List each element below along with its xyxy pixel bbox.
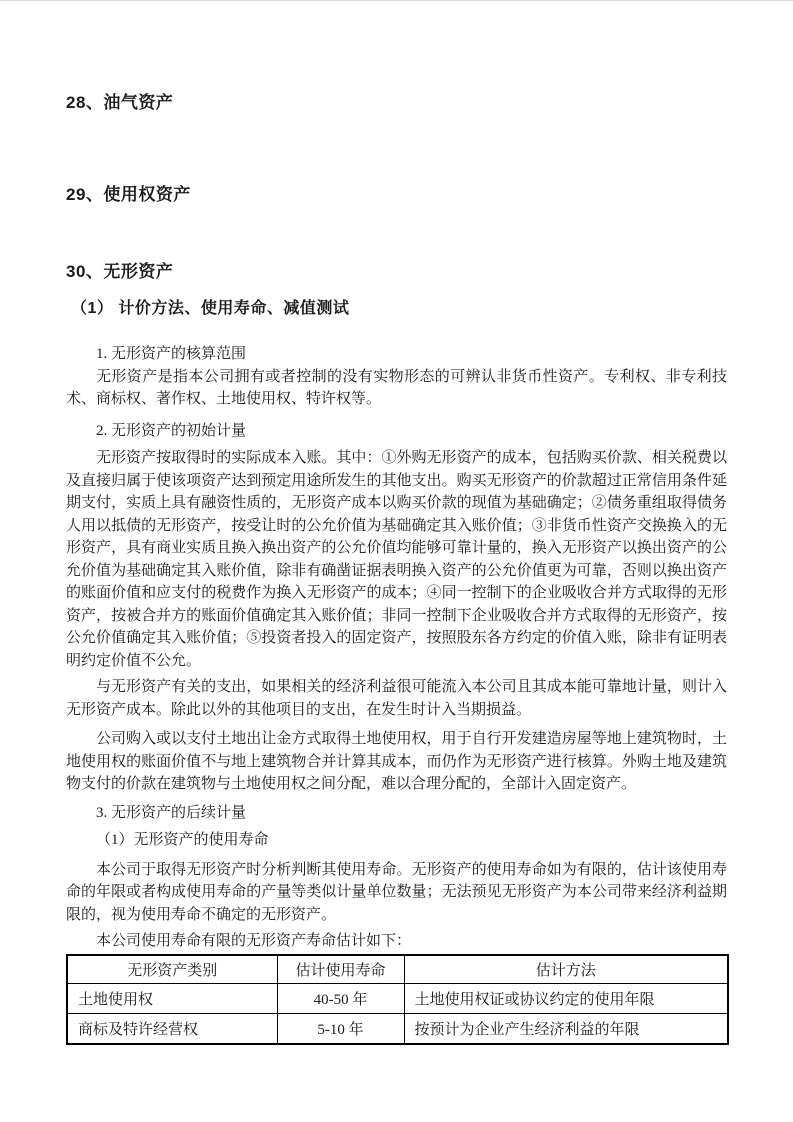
useful-life-estimation-table: 无形资产类别 估计使用寿命 估计方法 土地使用权 40-50 年 土地使用权证或… xyxy=(66,954,729,1045)
body-paragraph-initial-measurement: 无形资产按取得时的实际成本入账。其中：①外购无形资产的成本，包括购买价款、相关税… xyxy=(66,447,727,672)
list-item-accounting-scope: 1. 无形资产的核算范围 xyxy=(66,343,727,366)
table-header-category: 无形资产类别 xyxy=(67,955,277,984)
table-row: 土地使用权 40-50 年 土地使用权证或协议约定的使用年限 xyxy=(67,984,728,1014)
body-paragraph-useful-life-judgement: 本公司于取得无形资产时分析判断其使用寿命。无形资产的使用寿命如为有限的，估计该使… xyxy=(66,859,727,927)
table-cell-estimation-method: 土地使用权证或协议约定的使用年限 xyxy=(404,984,728,1014)
table-cell-estimation-method: 按预计为企业产生经济利益的年限 xyxy=(404,1014,728,1044)
page-content: 28、油气资产 29、使用权资产 30、无形资产 （1） 计价方法、使用寿命、减… xyxy=(0,1,793,1045)
table-cell-category: 土地使用权 xyxy=(67,984,277,1014)
table-cell-category: 商标及特许经营权 xyxy=(67,1014,277,1044)
body-paragraph-land-use-right: 公司购入或以支付土地出让金方式取得土地使用权，用于自行开发建造房屋等地上建筑物时… xyxy=(66,728,727,796)
table-header-estimated-life: 估计使用寿命 xyxy=(277,955,404,984)
table-header-estimation-method: 估计方法 xyxy=(404,955,728,984)
body-paragraph-definition: 无形资产是指本公司拥有或者控制的没有实物形态的可辨认非货币性资产。专利权、非专利… xyxy=(66,366,727,411)
body-paragraph-related-expenditure: 与无形资产有关的支出，如果相关的经济利益很可能流入本公司且其成本能可靠地计量，则… xyxy=(66,676,727,721)
list-item-useful-life: （1）无形资产的使用寿命 xyxy=(66,829,727,852)
subsection-heading-valuation-method: （1） 计价方法、使用寿命、减值测试 xyxy=(66,299,727,318)
table-row: 商标及特许经营权 5-10 年 按预计为企业产生经济利益的年限 xyxy=(67,1014,728,1044)
table-lead-in-text: 本公司使用寿命有限的无形资产寿命估计如下： xyxy=(66,930,727,953)
table-cell-estimated-life: 40-50 年 xyxy=(277,984,404,1014)
list-item-initial-measurement: 2. 无形资产的初始计量 xyxy=(66,420,727,443)
table-header-row: 无形资产类别 估计使用寿命 估计方法 xyxy=(67,955,728,984)
document-page: 28、油气资产 29、使用权资产 30、无形资产 （1） 计价方法、使用寿命、减… xyxy=(0,0,793,1122)
section-heading-oil-gas-assets: 28、油气资产 xyxy=(66,1,727,113)
list-item-subsequent-measurement: 3. 无形资产的后续计量 xyxy=(66,802,727,825)
section-heading-intangible-assets: 30、无形资产 xyxy=(66,262,727,282)
section-heading-right-of-use-assets: 29、使用权资产 xyxy=(66,185,727,205)
table-cell-estimated-life: 5-10 年 xyxy=(277,1014,404,1044)
